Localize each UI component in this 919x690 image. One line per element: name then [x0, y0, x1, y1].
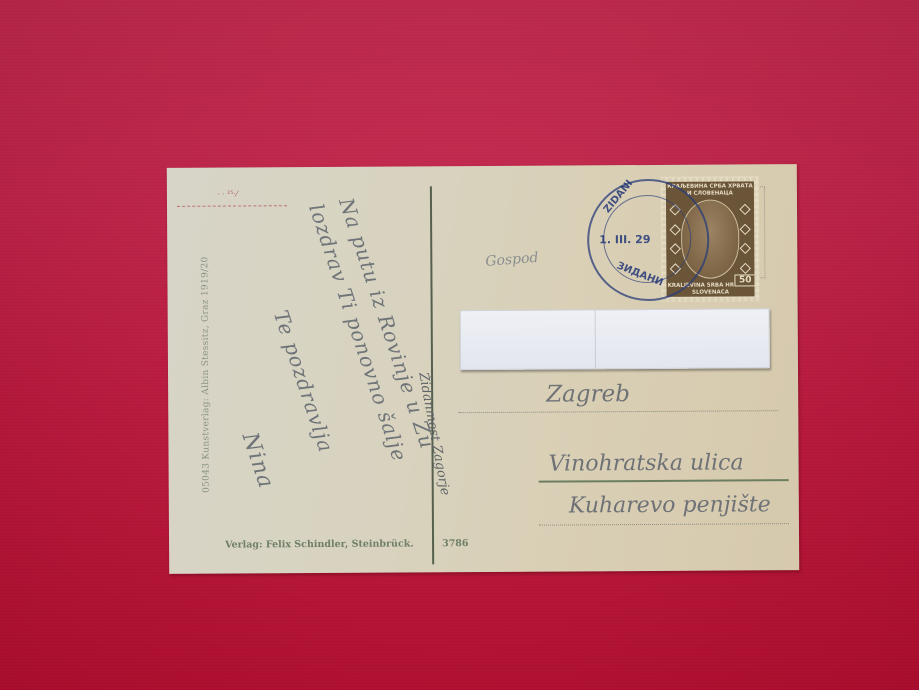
publisher-imprint-bottom: Verlag: Felix Schindler, Steinbrück.	[225, 538, 414, 550]
address-dotted-line-3	[539, 523, 789, 526]
stamp-value: 50	[735, 274, 756, 286]
blank-paper-label	[460, 308, 770, 370]
publisher-imprint-vertical: 05043 Kunstverlag: Albin Stessitz, Graz …	[200, 225, 216, 525]
postmark-date: 1. III. 29	[599, 233, 650, 246]
message-line-3: Te pozdravlja	[269, 307, 339, 455]
red-ink-mark: · · ²⁵·⁄	[217, 189, 238, 198]
address-underline	[539, 479, 789, 483]
address-city: Zagreb	[546, 381, 630, 408]
address-dotted-line-1	[458, 410, 778, 413]
address-salutation: Gospod	[485, 250, 539, 270]
label-crease	[595, 310, 596, 368]
stamp-ornament-right	[739, 199, 751, 278]
address-street: Vinohratska ulica	[549, 450, 744, 476]
serial-number: 3786	[442, 538, 469, 549]
message-signature: Nina	[237, 429, 279, 492]
postcard: · · ²⁵·⁄ 05043 Kunstverlag: Albin Stessi…	[167, 164, 799, 574]
red-ink-stroke	[177, 205, 287, 208]
address-district: Kuharevo penjište	[569, 492, 771, 518]
